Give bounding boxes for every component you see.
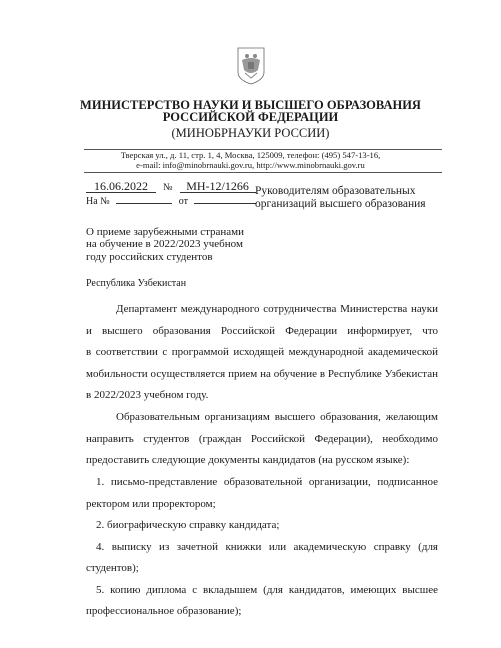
subject-block: О приеме зарубежными странами на обучени… xyxy=(86,226,244,263)
addressee-block: Руководителям образовательных организаци… xyxy=(255,185,426,211)
text-line: и высшего образования Российской Федерац… xyxy=(86,321,438,343)
list-item-5: 5. копию диплома с вкладышем (для кандид… xyxy=(86,580,438,602)
text-line: направить студентов (граждан Российской … xyxy=(86,429,438,451)
list-item-4: 4. выписку из зачетной книжки или академ… xyxy=(86,537,438,559)
from-date-field xyxy=(194,203,256,204)
document-list: 1. письмо-представление образовательной … xyxy=(86,472,438,623)
document-date: 16.06.2022 xyxy=(86,180,156,193)
paragraph-1: Департамент международного сотрудничеств… xyxy=(86,299,438,407)
subject-line2: на обучение в 2022/2023 учебном xyxy=(86,238,244,250)
list-item-2: 2. биографическую справку кандидата; xyxy=(86,515,438,537)
text-line: Департамент международного сотрудничеств… xyxy=(86,299,438,321)
addressee-line1: Руководителям образовательных xyxy=(255,185,426,198)
addressee-line2: организаций высшего образования xyxy=(255,198,426,211)
text-line: мобильности осуществляется прием на обуч… xyxy=(86,364,438,386)
document-number: МН-12/1266 xyxy=(180,180,256,193)
coat-of-arms-icon xyxy=(236,46,266,86)
subject-line3: году российских студентов xyxy=(86,251,244,263)
number-label: № xyxy=(163,182,173,193)
reply-row: На № от xyxy=(86,196,256,207)
list-item-5-cont: профессиональное образование); xyxy=(86,601,438,623)
contact-line: e-mail: info@minobrnauki.gov.ru, http://… xyxy=(0,161,501,171)
text-line: Образовательным организациям высшего обр… xyxy=(86,407,438,429)
list-item-1-cont: ректором или проректором; xyxy=(86,494,438,516)
reply-number-field xyxy=(116,203,172,204)
text-line: в соответствии с программой исходящей ме… xyxy=(86,342,438,364)
ministry-name-line2: РОССИЙСКОЙ ФЕДЕРАЦИИ xyxy=(0,111,501,123)
list-item-1: 1. письмо-представление образовательной … xyxy=(86,472,438,494)
paragraph-2: Образовательным организациям высшего обр… xyxy=(86,407,438,472)
from-label: от xyxy=(179,196,188,207)
registration-row: 16.06.2022 № МН-12/1266 xyxy=(86,179,256,194)
text-line: предоставить следующие документы кандида… xyxy=(86,450,438,472)
subject-line1: О приеме зарубежными странами xyxy=(86,226,244,238)
list-item-4-cont: студентов); xyxy=(86,558,438,580)
divider-bottom xyxy=(84,172,442,173)
country-label: Республика Узбекистан xyxy=(86,278,186,289)
ministry-short-name: (МИНОБРНАУКИ РОССИИ) xyxy=(0,127,501,139)
text-line: в 2022/2023 учебном году. xyxy=(86,385,438,407)
reply-label: На № xyxy=(86,196,110,207)
